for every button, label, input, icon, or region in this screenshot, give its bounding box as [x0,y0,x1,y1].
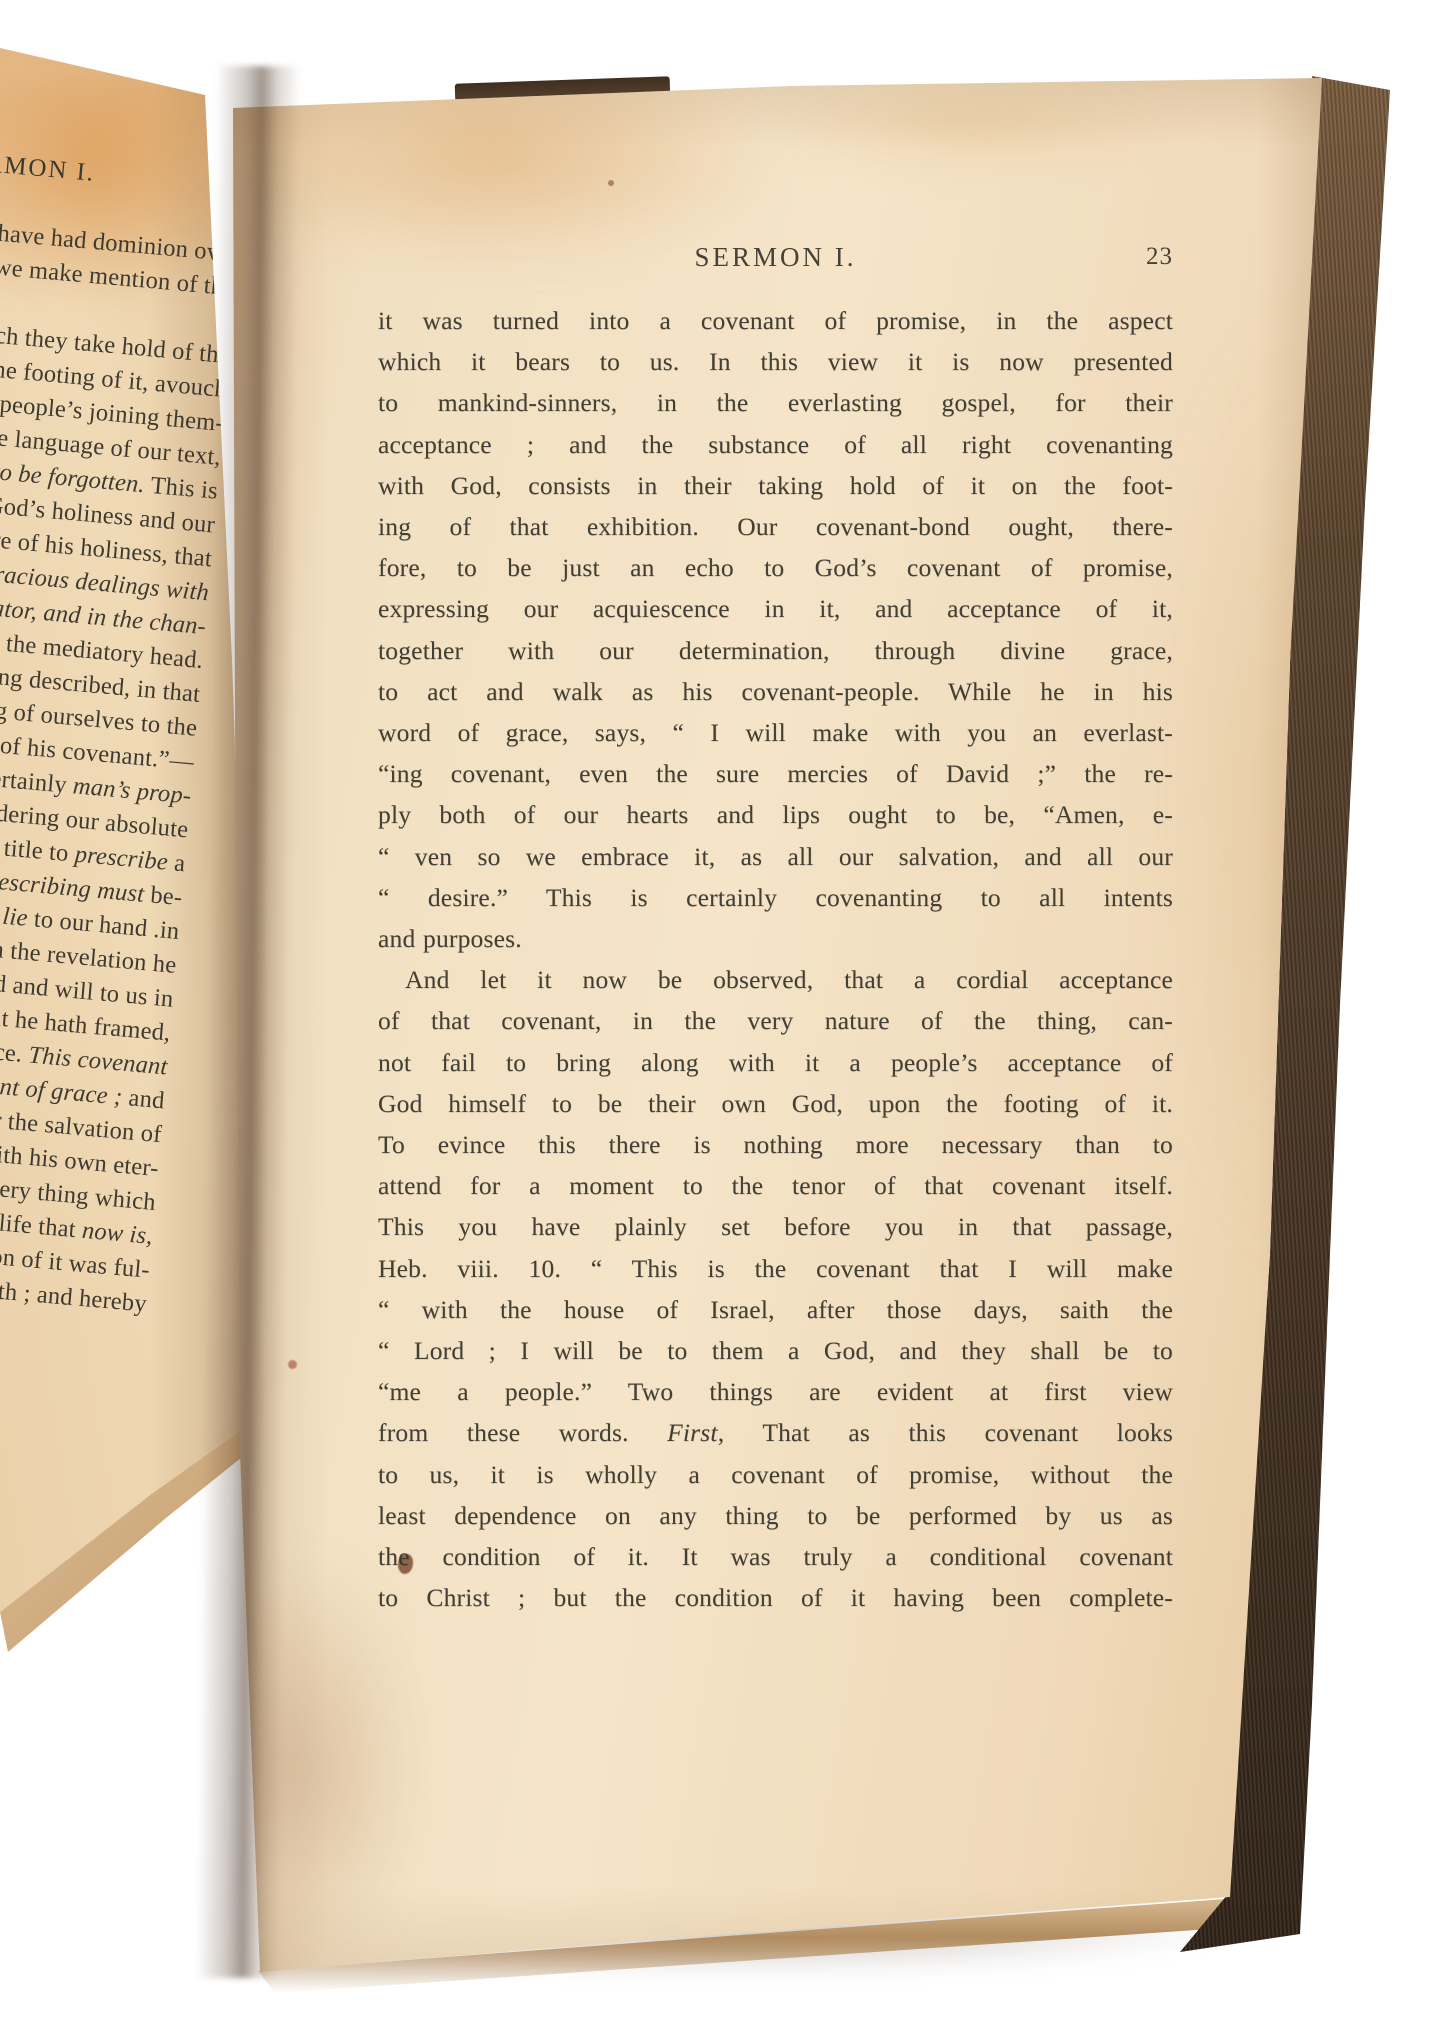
text-line: “ ven so we embrace it, as all our salva… [378,836,1173,877]
text-line: “me a people.” Two things are evident at… [378,1371,1173,1412]
text-run: of that covenant, in the very nature of … [378,1006,1173,1035]
right-page: SERMON I. 23 it was turned into a covena… [230,72,1335,1982]
text-run: to act and walk as his covenant-people. … [378,677,1173,706]
text-line: it was turned into a covenant of promise… [378,300,1173,341]
page-title: SERMON I. [378,242,1173,273]
text-run: This you have plainly set before you in … [378,1212,1173,1241]
text-line: attend for a moment to the tenor of that… [378,1165,1173,1206]
ink-blot [288,1360,297,1369]
text-line: God himself to be their own God, upon th… [378,1083,1173,1124]
text-line: together with our determination, through… [378,630,1173,671]
text-run: to Christ ; but the condition of it havi… [378,1583,1173,1612]
text-run: e no title to [0,830,76,867]
text-line: acceptance ; and the substance of all ri… [378,424,1173,465]
text-run: Heb. viii. 10. “ This is the covenant th… [378,1254,1173,1283]
text-line: with God, consists in their taking hold … [378,465,1173,506]
text-run: is certainly [0,762,74,799]
text-run: it was turned into a covenant of promise… [378,306,1173,335]
text-run: “me a people.” Two things are evident at… [378,1377,1173,1406]
text-run: with God, consists in their taking hold … [378,471,1173,500]
text-line: from these words. First, That as this co… [378,1412,1173,1453]
text-line: ing of that exhibition. Our covenant-bon… [378,506,1173,547]
right-page-text: it was turned into a covenant of promise… [378,300,1173,1619]
text-run: And let it now be observed, that a cordi… [405,965,1173,994]
text-run: the condition of it. It was truly a cond… [378,1542,1173,1571]
text-run: tance. [0,1036,30,1069]
text-run: “ Lord ; I will be to them a God, and th… [378,1336,1173,1365]
text-run: prescribe [74,841,169,876]
text-run: to mankind-sinners, in the everlasting g… [378,388,1173,417]
text-run: which it bears to us. In this view it is… [378,347,1173,376]
text-line: expressing our acquiescence in it, and a… [378,588,1173,629]
text-line: least dependence on any thing to be perf… [378,1495,1173,1536]
text-run: expressing our acquiescence in it, and a… [378,594,1173,623]
running-head: SERMON I. 23 [378,242,1173,276]
text-line: word of grace, says, “ I will make with … [378,712,1173,753]
text-line: ply both of our hearts and lips ought to… [378,794,1173,835]
text-line: “ with the house of Israel, after those … [378,1289,1173,1330]
text-run: God himself to be their own God, upon th… [378,1089,1173,1118]
text-run: and purposes. [378,924,522,953]
text-line: This you have plainly set before you in … [378,1206,1173,1247]
text-run: That as this covenant looks [724,1418,1173,1447]
text-run: to us, it is wholly a covenant of promis… [378,1460,1173,1489]
ink-blot [608,180,614,186]
text-run: the life that [0,1206,83,1243]
text-run: This is [144,471,219,504]
text-run: not fail to bring along with it a people… [378,1048,1173,1077]
text-line: the condition of it. It was truly a cond… [378,1536,1173,1577]
text-run: ply both of our hearts and lips ought to… [378,800,1173,829]
text-run: First, [667,1418,724,1447]
text-line: and purposes. [378,918,1173,959]
text-run: fore, to be just an echo to God’s covena… [378,553,1173,582]
text-run: To evince this there is nothing more nec… [378,1130,1173,1159]
text-run: from these words. [378,1418,667,1447]
text-run: ing of that exhibition. Our covenant-bon… [378,512,1173,541]
page-number: 23 [1146,243,1173,271]
text-line: not fail to bring along with it a people… [378,1042,1173,1083]
text-run: word of grace, says, “ I will make with … [378,718,1173,747]
text-run: “ ven so we embrace it, as all our salva… [378,842,1173,871]
text-line: which it bears to us. In this view it is… [378,341,1173,382]
text-run: be- [143,881,183,911]
text-run: “ desire.” This is certainly covenanting… [378,883,1173,912]
text-run: a [167,849,187,877]
text-run: “ing covenant, even the sure mercies of … [378,759,1173,788]
text-line: to mankind-sinners, in the everlasting g… [378,382,1173,423]
text-line: “ing covenant, even the sure mercies of … [378,753,1173,794]
text-line: to us, it is wholly a covenant of promis… [378,1454,1173,1495]
text-run: together with our determination, through… [378,636,1173,665]
text-line: And let it now be observed, that a cordi… [378,959,1173,1000]
text-run: least dependence on any thing to be perf… [378,1501,1173,1530]
text-line: to Christ ; but the condition of it havi… [378,1577,1173,1618]
text-run: “ with the house of Israel, after those … [378,1295,1173,1324]
text-run: lie [2,903,29,932]
text-run: acceptance ; and the substance of all ri… [378,430,1173,459]
text-run: attend for a moment to the tenor of that… [378,1171,1173,1200]
text-line: “ Lord ; I will be to them a God, and th… [378,1330,1173,1371]
text-line: “ desire.” This is certainly covenanting… [378,877,1173,918]
text-run: now is, [81,1217,154,1250]
text-line: fore, to be just an echo to God’s covena… [378,547,1173,588]
text-line: to act and walk as his covenant-people. … [378,671,1173,712]
text-line: Heb. viii. 10. “ This is the covenant th… [378,1248,1173,1289]
text-line: To evince this there is nothing more nec… [378,1124,1173,1165]
text-line: of that covenant, in the very nature of … [378,1000,1173,1041]
text-run: and [121,1084,166,1115]
book-photo: RMON I. e thee have had dominion overill… [0,0,1445,2023]
